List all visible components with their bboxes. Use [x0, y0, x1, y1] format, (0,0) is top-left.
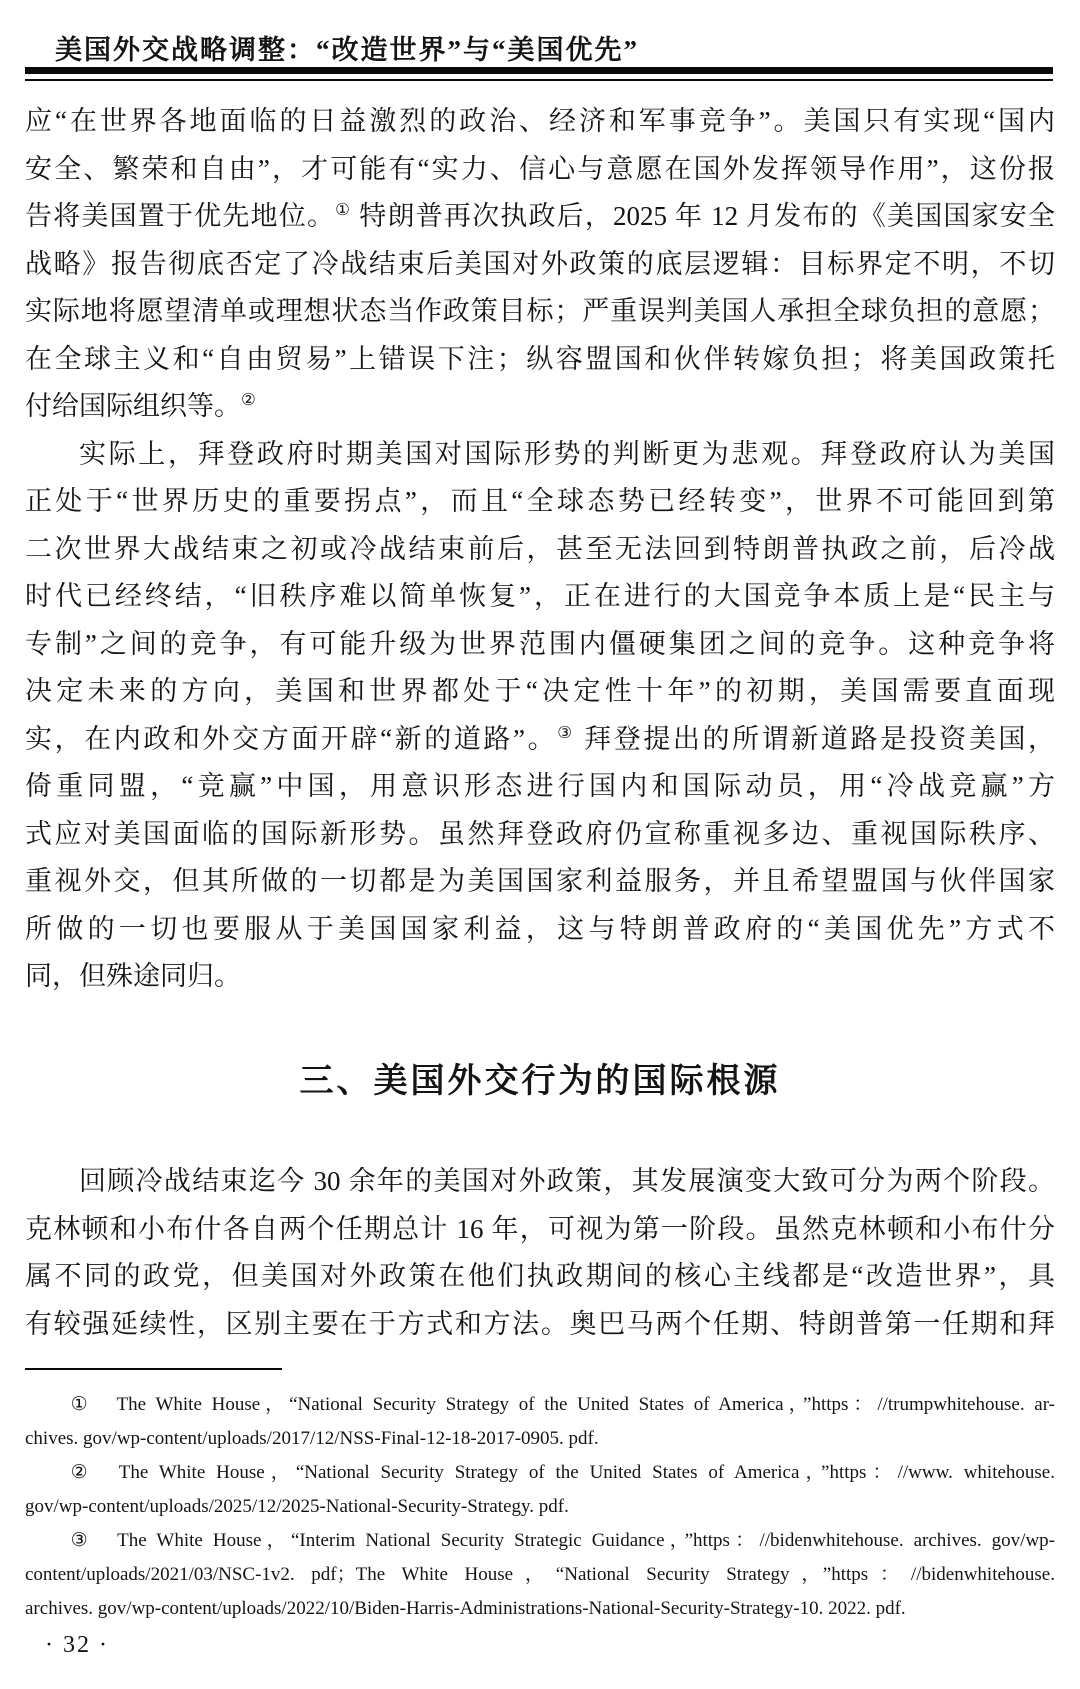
text-line: 时代已经终结，“旧秩序难以简单恢复”，正在进行的大国竞争本质上是“民主与 — [25, 573, 1055, 621]
footnote-line: chives. gov/wp-content/uploads/2017/12/N… — [25, 1422, 1055, 1456]
footnote-line: gov/wp-content/uploads/2025/12/2025-Nati… — [25, 1490, 1055, 1524]
footnote: ① The White House，“National Security Str… — [25, 1388, 1055, 1456]
text-line: 所做的一切也要服从于美国国家利益，这与特朗普政府的“美国优先”方式不 — [25, 906, 1055, 954]
header-rule-thick — [25, 67, 1053, 74]
paper-page: 美国外交战略调整：“改造世界”与“美国优先” 应“在世界各地面临的日益激烈的政治… — [0, 0, 1080, 1689]
body-paragraph: 应“在世界各地面临的日益激烈的政治、经济和军事竞争”。美国只有实现“国内安全、繁… — [25, 98, 1055, 431]
footnote-ref: ③ — [557, 723, 575, 742]
footnote-separator — [25, 1368, 282, 1370]
footnote-line: ① The White House，“National Security Str… — [25, 1388, 1055, 1422]
page-number: · 32 · — [45, 1632, 109, 1659]
footnote-ref: ② — [241, 390, 256, 409]
text-line: 专制”之间的竞争，有可能升级为世界范围内僵硬集团之间的竞争。这种竞争将 — [25, 621, 1055, 669]
text-line: 安全、繁荣和自由”，才可能有“实力、信心与意愿在国外发挥领导作用”，这份报 — [25, 146, 1055, 194]
text-line: 同，但殊途同归。 — [25, 953, 1055, 1001]
body-text-after-heading: 回顾冷战结束迄今 30 余年的美国对外政策，其发展演变大致可分为两个阶段。克林顿… — [25, 1158, 1055, 1348]
text-line: 重视外交，但其所做的一切都是为美国国家利益服务，并且希望盟国与伙伴国家 — [25, 858, 1055, 906]
text-line: 二次世界大战结束之初或冷战结束前后，甚至无法回到特朗普执政之前，后冷战 — [25, 526, 1055, 574]
footnote: ③ The White House，“Interim National Secu… — [25, 1524, 1055, 1626]
text-line: 实，在内政和外交方面开辟“新的道路”。③ 拜登提出的所谓新道路是投资美国， — [25, 716, 1055, 764]
text-line: 付给国际组织等。② — [25, 383, 1055, 431]
section-heading: 三、美国外交行为的国际根源 — [25, 1056, 1055, 1108]
footnote-line: content/uploads/2021/03/NSC-1v2. pdf；The… — [25, 1558, 1055, 1592]
text-line: 有较强延续性，区别主要在于方式和方法。奥巴马两个任期、特朗普第一任期和拜 — [25, 1301, 1055, 1349]
footnote-line: ② The White House，“National Security Str… — [25, 1456, 1055, 1490]
text-line: 实际地将愿望清单或理想状态当作政策目标；严重误判美国人承担全球负担的意愿； — [25, 288, 1055, 336]
text-line: 告将美国置于优先地位。① 特朗普再次执政后，2025 年 12 月发布的《美国国… — [25, 193, 1055, 241]
body-paragraph: 回顾冷战结束迄今 30 余年的美国对外政策，其发展演变大致可分为两个阶段。克林顿… — [25, 1158, 1055, 1348]
text-line: 在全球主义和“自由贸易”上错误下注；纵容盟国和伙伴转嫁负担；将美国政策托 — [25, 336, 1055, 384]
body-text-before-heading: 应“在世界各地面临的日益激烈的政治、经济和军事竞争”。美国只有实现“国内安全、繁… — [25, 98, 1055, 1001]
footnote-block: ① The White House，“National Security Str… — [25, 1388, 1055, 1626]
text-line: 应“在世界各地面临的日益激烈的政治、经济和军事竞争”。美国只有实现“国内 — [25, 98, 1055, 146]
body-paragraph: 实际上，拜登政府时期美国对国际形势的判断更为悲观。拜登政府认为美国正处于“世界历… — [25, 431, 1055, 1001]
text-line: 克林顿和小布什各自两个任期总计 16 年，可视为第一阶段。虽然克林顿和小布什分 — [25, 1206, 1055, 1254]
text-line: 决定未来的方向，美国和世界都处于“决定性十年”的初期，美国需要直面现 — [25, 668, 1055, 716]
running-title: 美国外交战略调整：“改造世界”与“美国优先” — [55, 28, 1053, 67]
text-line: 属不同的政党，但美国对外政策在他们执政期间的核心主线都是“改造世界”，具 — [25, 1253, 1055, 1301]
footnote-ref: ① — [335, 200, 351, 219]
text-line: 倚重同盟，“竞赢”中国，用意识形态进行国内和国际动员，用“冷战竞赢”方 — [25, 763, 1055, 811]
header-rule-thin — [25, 79, 1053, 81]
footnote-line: ③ The White House，“Interim National Secu… — [25, 1524, 1055, 1558]
text-line: 正处于“世界历史的重要拐点”，而且“全球态势已经转变”，世界不可能回到第 — [25, 478, 1055, 526]
text-line: 回顾冷战结束迄今 30 余年的美国对外政策，其发展演变大致可分为两个阶段。 — [25, 1158, 1055, 1206]
footnote: ② The White House，“National Security Str… — [25, 1456, 1055, 1524]
text-line: 实际上，拜登政府时期美国对国际形势的判断更为悲观。拜登政府认为美国 — [25, 431, 1055, 479]
text-line: 战略》报告彻底否定了冷战结束后美国对外政策的底层逻辑：目标界定不明，不切 — [25, 241, 1055, 289]
footnote-line: archives. gov/wp-content/uploads/2022/10… — [25, 1592, 1055, 1626]
text-line: 式应对美国面临的国际新形势。虽然拜登政府仍宣称重视多边、重视国际秩序、 — [25, 811, 1055, 859]
